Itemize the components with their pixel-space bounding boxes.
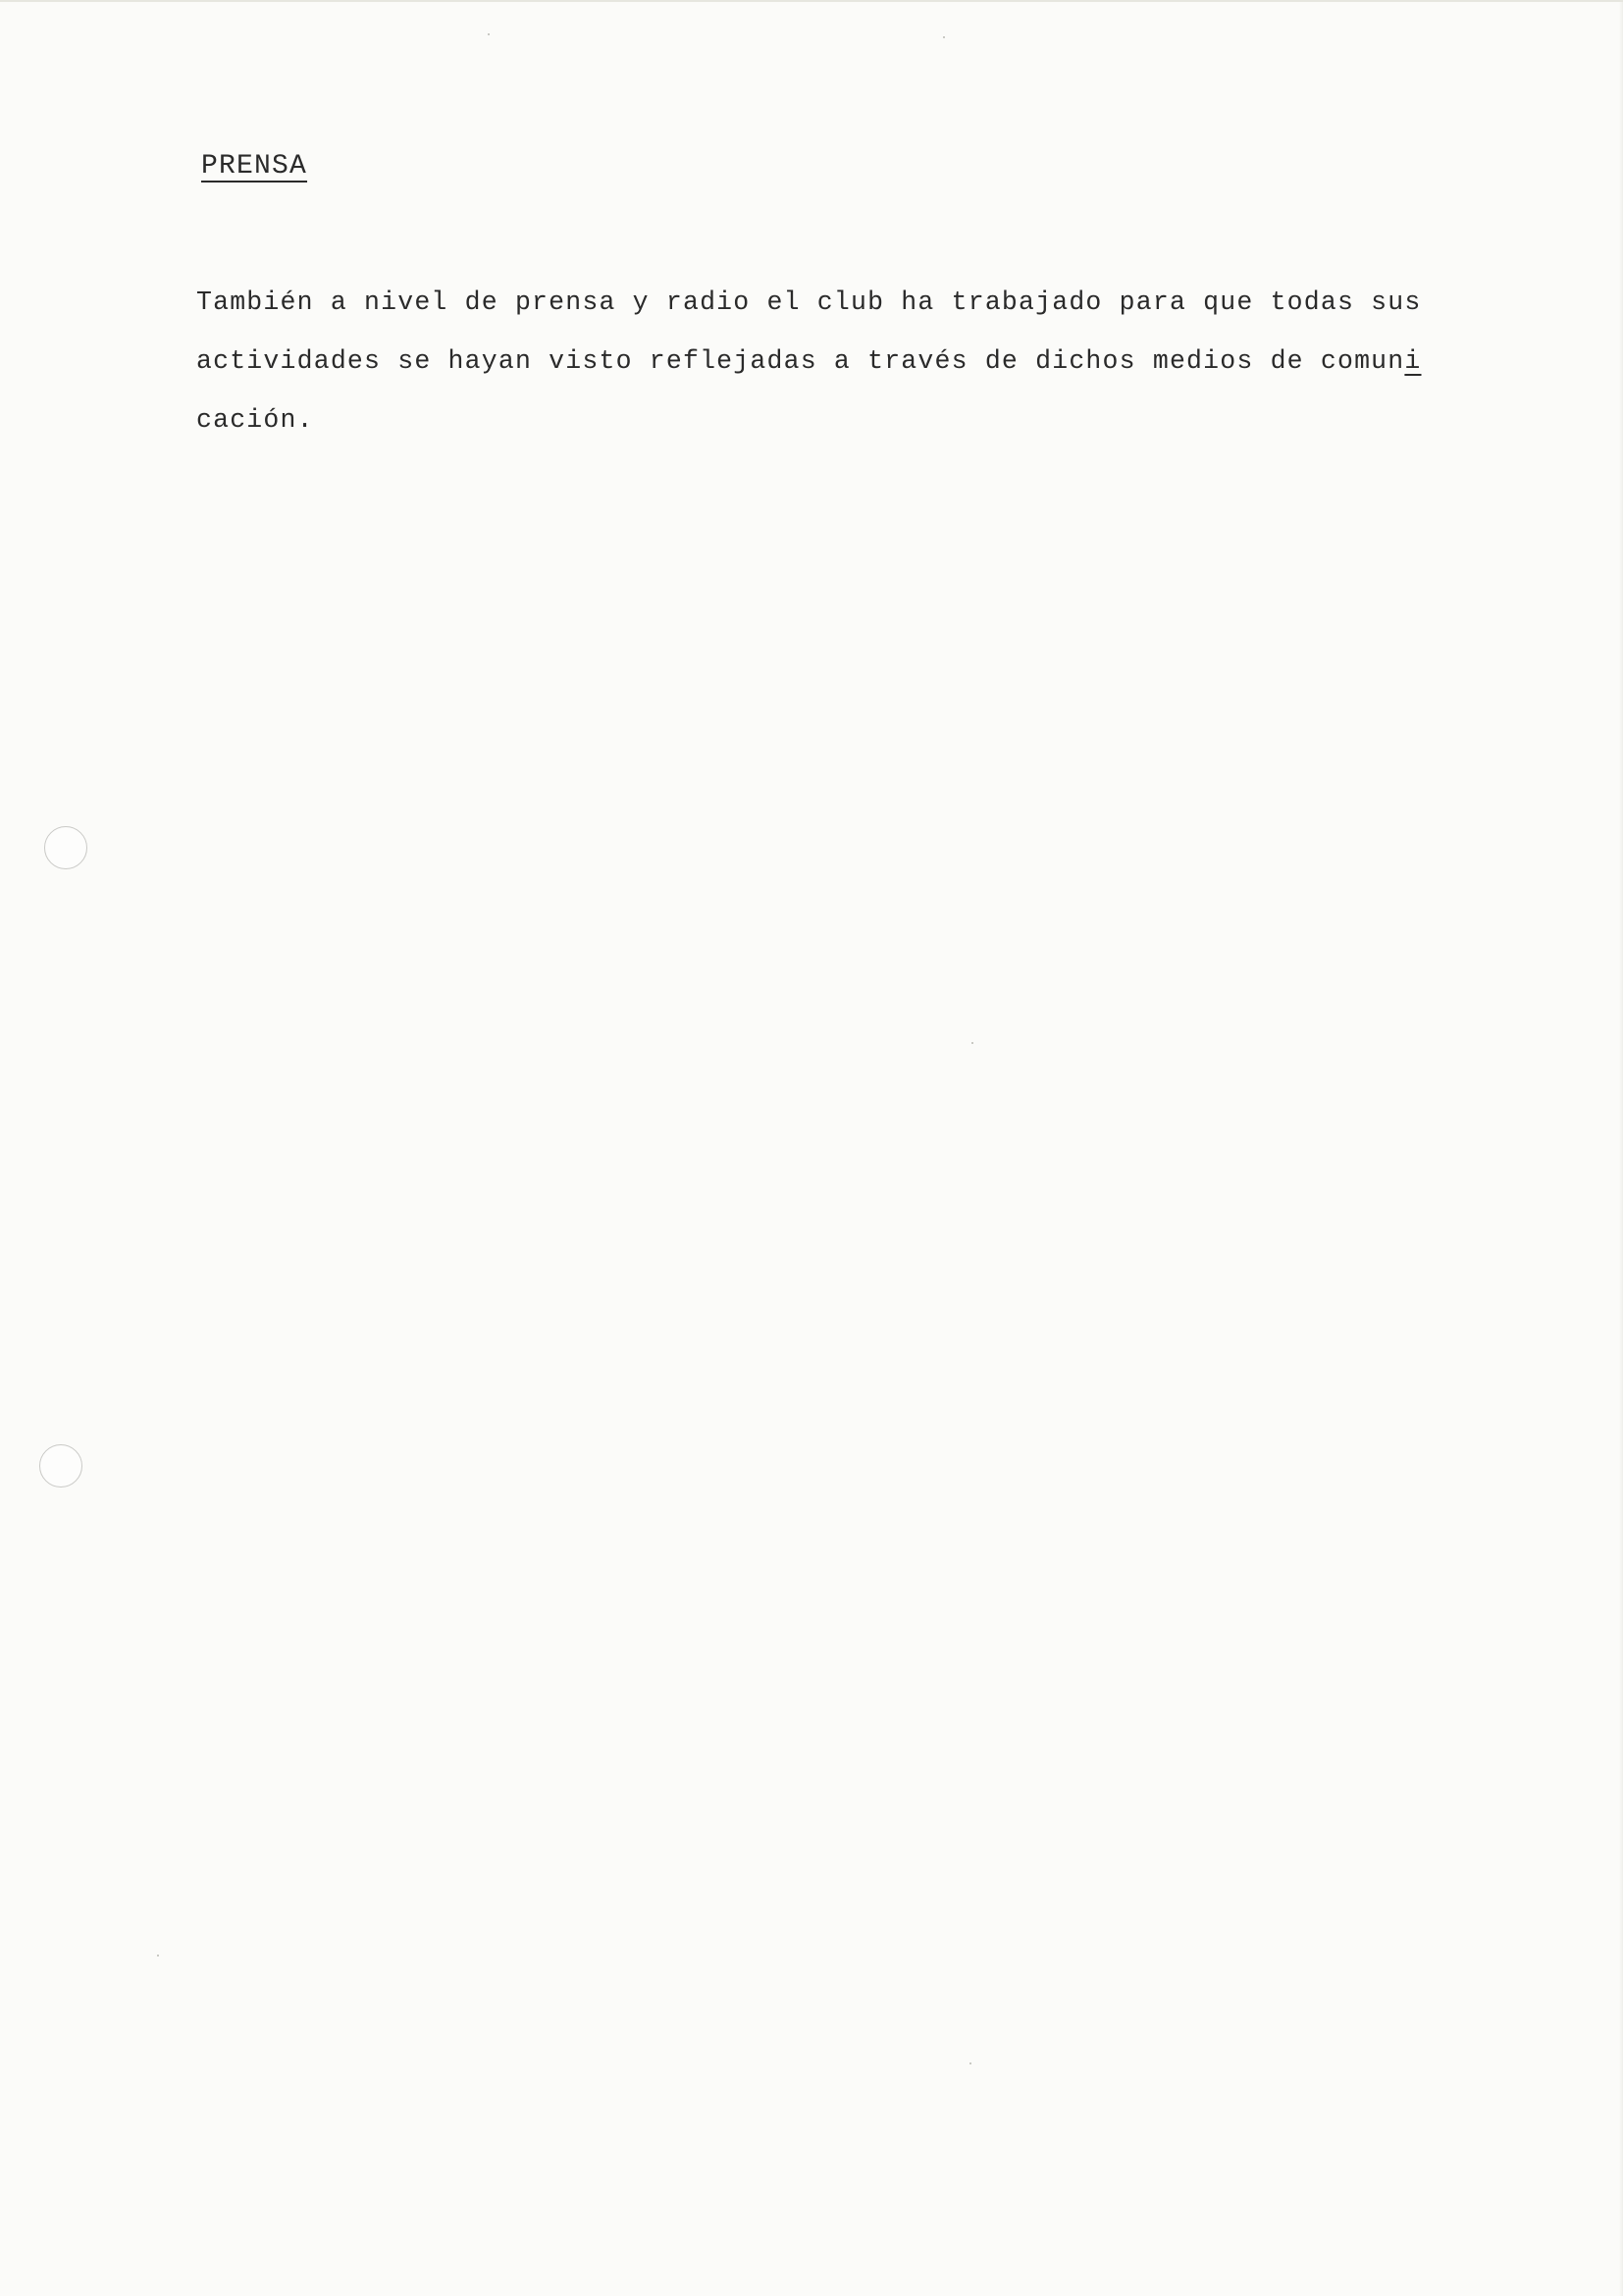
paper-speck [488, 33, 490, 35]
punch-hole [44, 826, 87, 869]
section-heading: PRENSA [201, 152, 307, 182]
paper-speck [969, 2062, 971, 2064]
body-paragraph: También a nivel de prensa y radio el clu… [196, 273, 1492, 449]
underlined-hyphen-char: i [1404, 346, 1421, 376]
paragraph-line-2-text: actividades se hayan visto reflejadas a … [196, 346, 1404, 376]
paragraph-line-2: actividades se hayan visto reflejadas a … [196, 332, 1492, 391]
punch-hole [39, 1444, 82, 1487]
document-page: PRENSA También a nivel de prensa y radio… [0, 0, 1623, 2296]
page-edge [1619, 2, 1623, 2296]
paragraph-line-3: cación. [196, 391, 1492, 449]
paragraph-line-1: También a nivel de prensa y radio el clu… [196, 273, 1492, 332]
paper-speck [943, 36, 945, 38]
paper-speck [157, 1955, 159, 1957]
paper-speck [971, 1042, 973, 1044]
